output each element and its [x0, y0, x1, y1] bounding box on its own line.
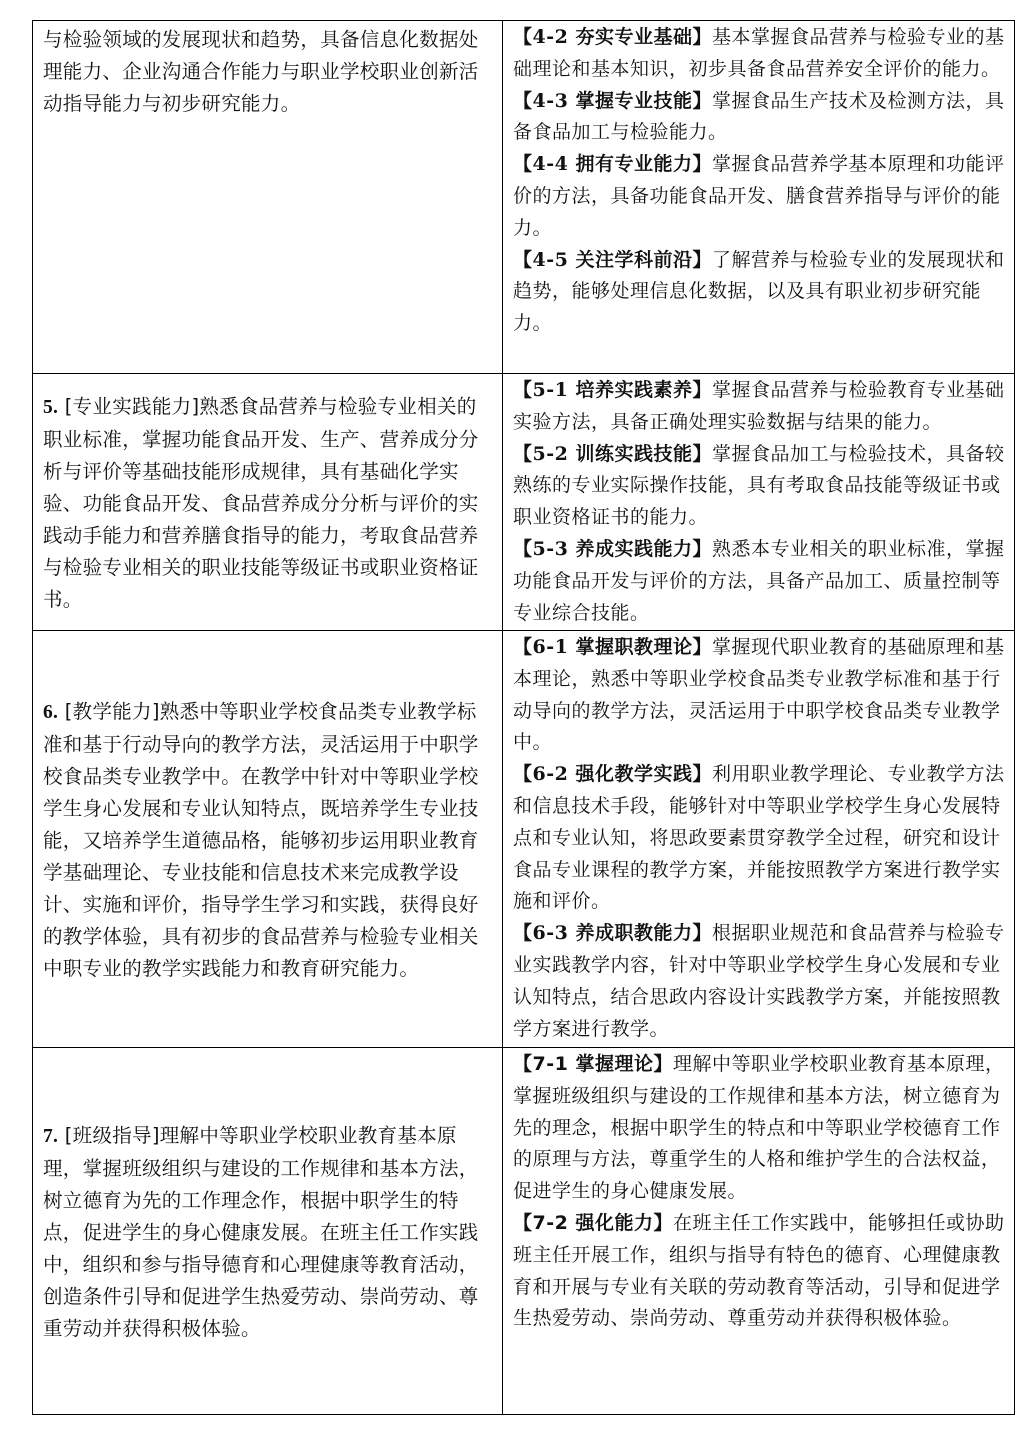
table-row: 与检验领域的发展现状和趋势，具备信息化数据处理能力、企业沟通合作能力与职业学校职…	[33, 21, 1015, 374]
indicator-label: 【7-2 强化能力】	[513, 1212, 673, 1234]
indicator-label: 【4-2 夯实专业基础】	[513, 26, 712, 48]
requirement-body: 熟悉食品营养与检验专业相关的职业标准，掌握功能食品开发、生产、营养成分分析与评价…	[43, 395, 479, 611]
requirements-table: 与检验领域的发展现状和趋势，具备信息化数据处理能力、企业沟通合作能力与职业学校职…	[32, 20, 1015, 1415]
indicator-cell: 【4-2 夯实专业基础】基本掌握食品营养与检验专业的基础理论和基本知识，初步具备…	[503, 21, 1015, 374]
indicator-label: 【6-1 掌握职教理论】	[513, 636, 712, 658]
indicator-text: 理解中等职业学校职业教育基本原理，掌握班级组织与建设的工作规律和基本方法，树立德…	[513, 1053, 1004, 1202]
indicator-item: 【4-2 夯实专业基础】基本掌握食品营养与检验专业的基础理论和基本知识，初步具备…	[513, 22, 1006, 86]
indicator-cell: 【7-1 掌握理论】理解中等职业学校职业教育基本原理，掌握班级组织与建设的工作规…	[503, 1048, 1015, 1415]
indicator-item: 【4-4 拥有专业能力】掌握食品营养学基本原理和功能评价的方法，具备功能食品开发…	[513, 149, 1006, 244]
indicator-label: 【4-4 拥有专业能力】	[513, 153, 712, 175]
indicator-item: 【6-1 掌握职教理论】掌握现代职业教育的基础原理和基本理论，熟悉中等职业学校食…	[513, 632, 1006, 759]
indicator-item: 【5-3 养成实践能力】熟悉本专业相关的职业标准，掌握功能食品开发与评价的方法，…	[513, 534, 1006, 629]
indicator-label: 【5-1 培养实践素养】	[513, 379, 712, 401]
requirement-body: 熟悉中等职业学校食品类专业教学标准和基于行动导向的教学方法，灵活运用于中职学校食…	[43, 700, 479, 980]
requirement-body: 理解中等职业学校职业教育基本原理，掌握班级组织与建设的工作规律和基本方法，树立德…	[43, 1124, 479, 1340]
indicator-cell: 【6-1 掌握职教理论】掌握现代职业教育的基础原理和基本理论，熟悉中等职业学校食…	[503, 631, 1015, 1048]
indicator-label: 【5-3 养成实践能力】	[513, 538, 712, 560]
indicator-item: 【5-1 培养实践素养】掌握食品营养与检验教育专业基础实验方法，具备正确处理实验…	[513, 375, 1006, 439]
requirement-text: 6. [教学能力]熟悉中等职业学校食品类专业教学标准和基于行动导向的教学方法，灵…	[33, 693, 502, 985]
graduation-requirement-cell: 7. [班级指导]理解中等职业学校职业教育基本原理，掌握班级组织与建设的工作规律…	[33, 1048, 503, 1415]
indicator-label: 【6-3 养成职教能力】	[513, 922, 712, 944]
indicator-item: 【5-2 训练实践技能】掌握食品加工与检验技术，具备较熟练的专业实际操作技能，具…	[513, 439, 1006, 534]
requirement-text: 5. [专业实践能力]熟悉食品营养与检验专业相关的职业标准，掌握功能食品开发、生…	[33, 388, 502, 616]
indicator-label: 【7-1 掌握理论】	[513, 1053, 673, 1075]
indicator-text: 利用职业教学理论、专业教学方法和信息技术手段，能够针对中等职业学校学生身心发展特…	[513, 763, 1004, 912]
table-row: 5. [专业实践能力]熟悉食品营养与检验专业相关的职业标准，掌握功能食品开发、生…	[33, 374, 1015, 631]
graduation-requirement-cell: 6. [教学能力]熟悉中等职业学校食品类专业教学标准和基于行动导向的教学方法，灵…	[33, 631, 503, 1048]
requirement-text: 与检验领域的发展现状和趋势，具备信息化数据处理能力、企业沟通合作能力与职业学校职…	[33, 21, 502, 120]
requirement-category: [专业实践能力]	[65, 395, 200, 418]
requirement-category: [班级指导]	[65, 1124, 160, 1147]
indicator-item: 【6-2 强化教学实践】利用职业教学理论、专业教学方法和信息技术手段，能够针对中…	[513, 759, 1006, 918]
table-row: 7. [班级指导]理解中等职业学校职业教育基本原理，掌握班级组织与建设的工作规律…	[33, 1048, 1015, 1415]
indicator-item: 【7-2 强化能力】在班主任工作实践中，能够担任或协助班主任开展工作，组织与指导…	[513, 1208, 1006, 1335]
indicator-label: 【4-3 掌握专业技能】	[513, 90, 712, 112]
indicator-label: 【6-2 强化教学实践】	[513, 763, 712, 785]
graduation-requirement-cell: 5. [专业实践能力]熟悉食品营养与检验专业相关的职业标准，掌握功能食品开发、生…	[33, 374, 503, 631]
indicator-item: 【7-1 掌握理论】理解中等职业学校职业教育基本原理，掌握班级组织与建设的工作规…	[513, 1049, 1006, 1208]
indicator-cell: 【5-1 培养实践素养】掌握食品营养与检验教育专业基础实验方法，具备正确处理实验…	[503, 374, 1015, 631]
requirement-category: [教学能力]	[65, 700, 160, 723]
indicator-item: 【4-5 关注学科前沿】了解营养与检验专业的发展现状和趋势，能够处理信息化数据，…	[513, 245, 1006, 340]
indicator-item: 【6-3 养成职教能力】根据职业规范和食品营养与检验专业实践教学内容，针对中等职…	[513, 918, 1006, 1045]
graduation-requirement-cell: 与检验领域的发展现状和趋势，具备信息化数据处理能力、企业沟通合作能力与职业学校职…	[33, 21, 503, 374]
requirement-number: 7.	[43, 1126, 58, 1147]
indicator-label: 【4-5 关注学科前沿】	[513, 249, 712, 271]
indicator-label: 【5-2 训练实践技能】	[513, 443, 712, 465]
indicator-item: 【4-3 掌握专业技能】掌握食品生产技术及检测方法，具备食品加工与检验能力。	[513, 86, 1006, 150]
requirement-number: 6.	[43, 702, 58, 723]
requirement-text: 7. [班级指导]理解中等职业学校职业教育基本原理，掌握班级组织与建设的工作规律…	[33, 1117, 502, 1345]
requirement-number: 5.	[43, 397, 58, 418]
table-row: 6. [教学能力]熟悉中等职业学校食品类专业教学标准和基于行动导向的教学方法，灵…	[33, 631, 1015, 1048]
